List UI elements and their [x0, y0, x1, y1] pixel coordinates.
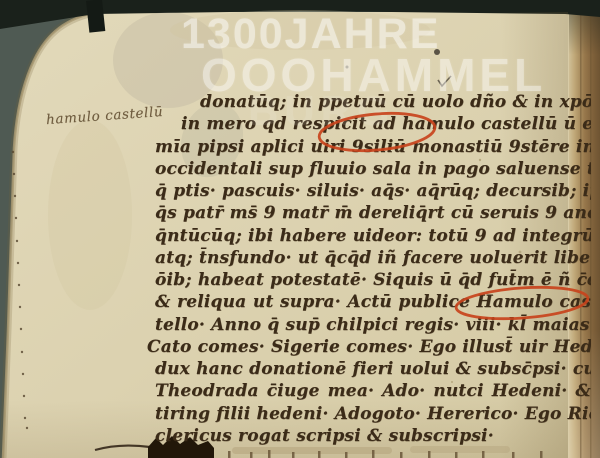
manuscript-text-line: Theodrada c̄iuge mea· Ado· nutci Hedeni·… [155, 380, 591, 402]
manuscript-text-line: clericus rogat scripsi & subscripsi· [155, 425, 591, 447]
manuscript-text-line: Cato comes· Sigerie comes· Ego illust̄ u… [147, 336, 591, 358]
manuscript-text-line: q̄ ptis· pascuis· siluis· aq̄s· aq̄rūq; … [155, 180, 591, 202]
manuscript-text-line: tiring filii hedeni· Adogoto· Hererico· … [155, 403, 591, 425]
manuscript-photo: hamulo castellū donatūq; in ppetuū cū uo… [0, 0, 600, 458]
manuscript-text-line: mīa pipsi aplici uiri 9siliū monastiū 9s… [155, 136, 591, 158]
manuscript-text-block: donatūq; in ppetuū cū uolo dño & in xpō … [155, 91, 591, 447]
manuscript-text-line: tello· Anno q̄ sup̄ chilpici regis· viii… [155, 314, 591, 336]
manuscript-text-line: atq; t̄nsfundo· ut q̄cq̄d iñ facere uolu… [155, 247, 591, 269]
manuscript-text-line: q̄s patr̄ ms̄ 9 matr̄ m̄ dereliq̄rt cū s… [155, 202, 591, 224]
manuscript-text-line: occidentali sup fluuio sala in pago salu… [155, 158, 591, 180]
manuscript-text-line: ōib; habeat potestatē· Siquis ū q̄d fut̄… [155, 269, 591, 291]
manuscript-text-line: in mero qd respicit ad hamulo castellū ū… [155, 113, 591, 135]
dark-tab [86, 0, 105, 33]
manuscript-text-line: & reliqua ut supra· Actū publice Hamulo … [155, 291, 591, 313]
manuscript-text-line: dux hanc donationē fieri uolui & subsc̄p… [155, 358, 591, 380]
manuscript-text-line: donatūq; in ppetuū cū uolo dño & in xpō … [155, 91, 591, 113]
manuscript-text-line: q̄ntūcūq; ibi habere uideor: totū 9 ad i… [155, 225, 591, 247]
